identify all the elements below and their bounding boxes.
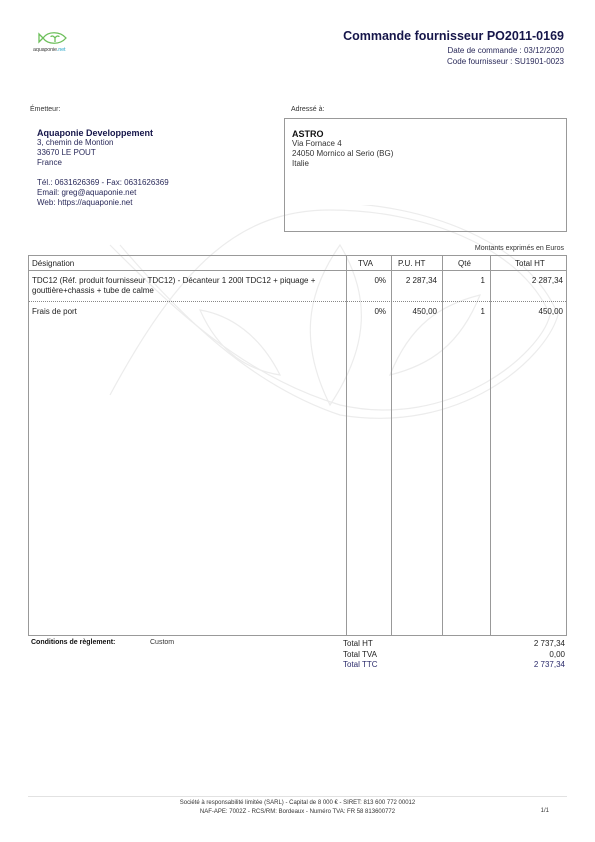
footer: Société à responsabilité limitée (SARL) … (0, 799, 595, 817)
supplier-code: Code fournisseur : SU1901-0023 (447, 57, 564, 66)
total-ttc-label: Total TTC (343, 660, 378, 671)
sender-country: France (37, 158, 169, 168)
recipient-label: Adressé à: (291, 106, 324, 113)
row-unit-price: 2 287,34 (406, 276, 437, 285)
header-qty: Qté (458, 259, 471, 268)
sender-email: Email: greg@aquaponie.net (37, 188, 169, 198)
header-total: Total HT (515, 259, 545, 268)
row-designation: TDC12 (Réf. produit fournisseur TDC12) -… (32, 276, 362, 296)
row-vat: 0% (374, 307, 386, 316)
total-tva-row: Total TVA 0,00 (343, 650, 565, 661)
footer-divider (28, 796, 567, 797)
company-logo: aquaponie.net (30, 30, 80, 56)
totals-block: Total HT 2 737,34 Total TVA 0,00 Total T… (343, 639, 565, 671)
table-row: Frais de port 0% 450,00 1 450,00 (29, 302, 566, 322)
sender-address-line1: 3, chemin de Montion (37, 138, 169, 148)
row-qty: 1 (481, 276, 485, 285)
row-total: 450,00 (539, 307, 563, 316)
sender-web: Web: https://aquaponie.net (37, 198, 169, 208)
recipient-country: Italie (292, 159, 393, 169)
recipient-address-line1: Via Fornace 4 (292, 139, 393, 149)
total-ht-row: Total HT 2 737,34 (343, 639, 565, 650)
payment-terms-value: Custom (150, 639, 174, 646)
document-title: Commande fournisseur PO2011-0169 (343, 29, 564, 43)
total-ttc-row: Total TTC 2 737,34 (343, 660, 565, 671)
footer-legal-line2: NAF-APE: 7002Z - RCS/RM: Bordeaux - Numé… (0, 808, 595, 817)
total-ht-label: Total HT (343, 639, 373, 650)
table-header: Désignation TVA P.U. HT Qté Total HT (29, 256, 566, 271)
footer-legal-line1: Société à responsabilité limitée (SARL) … (0, 799, 595, 808)
sender-label: Émetteur: (30, 106, 60, 113)
order-date: Date de commande : 03/12/2020 (447, 46, 564, 55)
sender-block: Aquaponie Developpement 3, chemin de Mon… (37, 128, 169, 208)
row-unit-price: 450,00 (413, 307, 437, 316)
total-tva-label: Total TVA (343, 650, 377, 661)
fish-logo-icon (30, 30, 80, 48)
header-vat: TVA (358, 259, 373, 268)
page-number: 1/1 (541, 808, 549, 814)
recipient-address-line2: 24050 Mornico al Serio (BG) (292, 149, 393, 159)
items-table: Désignation TVA P.U. HT Qté Total HT TDC… (28, 255, 567, 636)
recipient-box: ASTRO Via Fornace 4 24050 Mornico al Ser… (284, 118, 567, 232)
recipient-name: ASTRO (292, 129, 393, 139)
row-total: 2 287,34 (532, 276, 563, 285)
row-qty: 1 (481, 307, 485, 316)
sender-address-line2: 33670 LE POUT (37, 148, 169, 158)
row-vat: 0% (374, 276, 386, 285)
currency-note: Montants exprimés en Euros (475, 245, 564, 252)
table-row: TDC12 (Réf. produit fournisseur TDC12) -… (29, 271, 566, 302)
header-designation: Désignation (32, 259, 74, 268)
recipient-block: ASTRO Via Fornace 4 24050 Mornico al Ser… (292, 129, 393, 169)
header-unit-price: P.U. HT (398, 259, 425, 268)
total-tva-value: 0,00 (549, 650, 565, 661)
row-designation: Frais de port (32, 307, 77, 316)
logo-text: aquaponie.net (33, 47, 65, 53)
total-ttc-value: 2 737,34 (534, 660, 565, 671)
payment-terms-label: Conditions de règlement: (31, 639, 115, 646)
total-ht-value: 2 737,34 (534, 639, 565, 650)
sender-phone: Tél.: 0631626369 - Fax: 0631626369 (37, 178, 169, 188)
sender-name: Aquaponie Developpement (37, 128, 169, 138)
